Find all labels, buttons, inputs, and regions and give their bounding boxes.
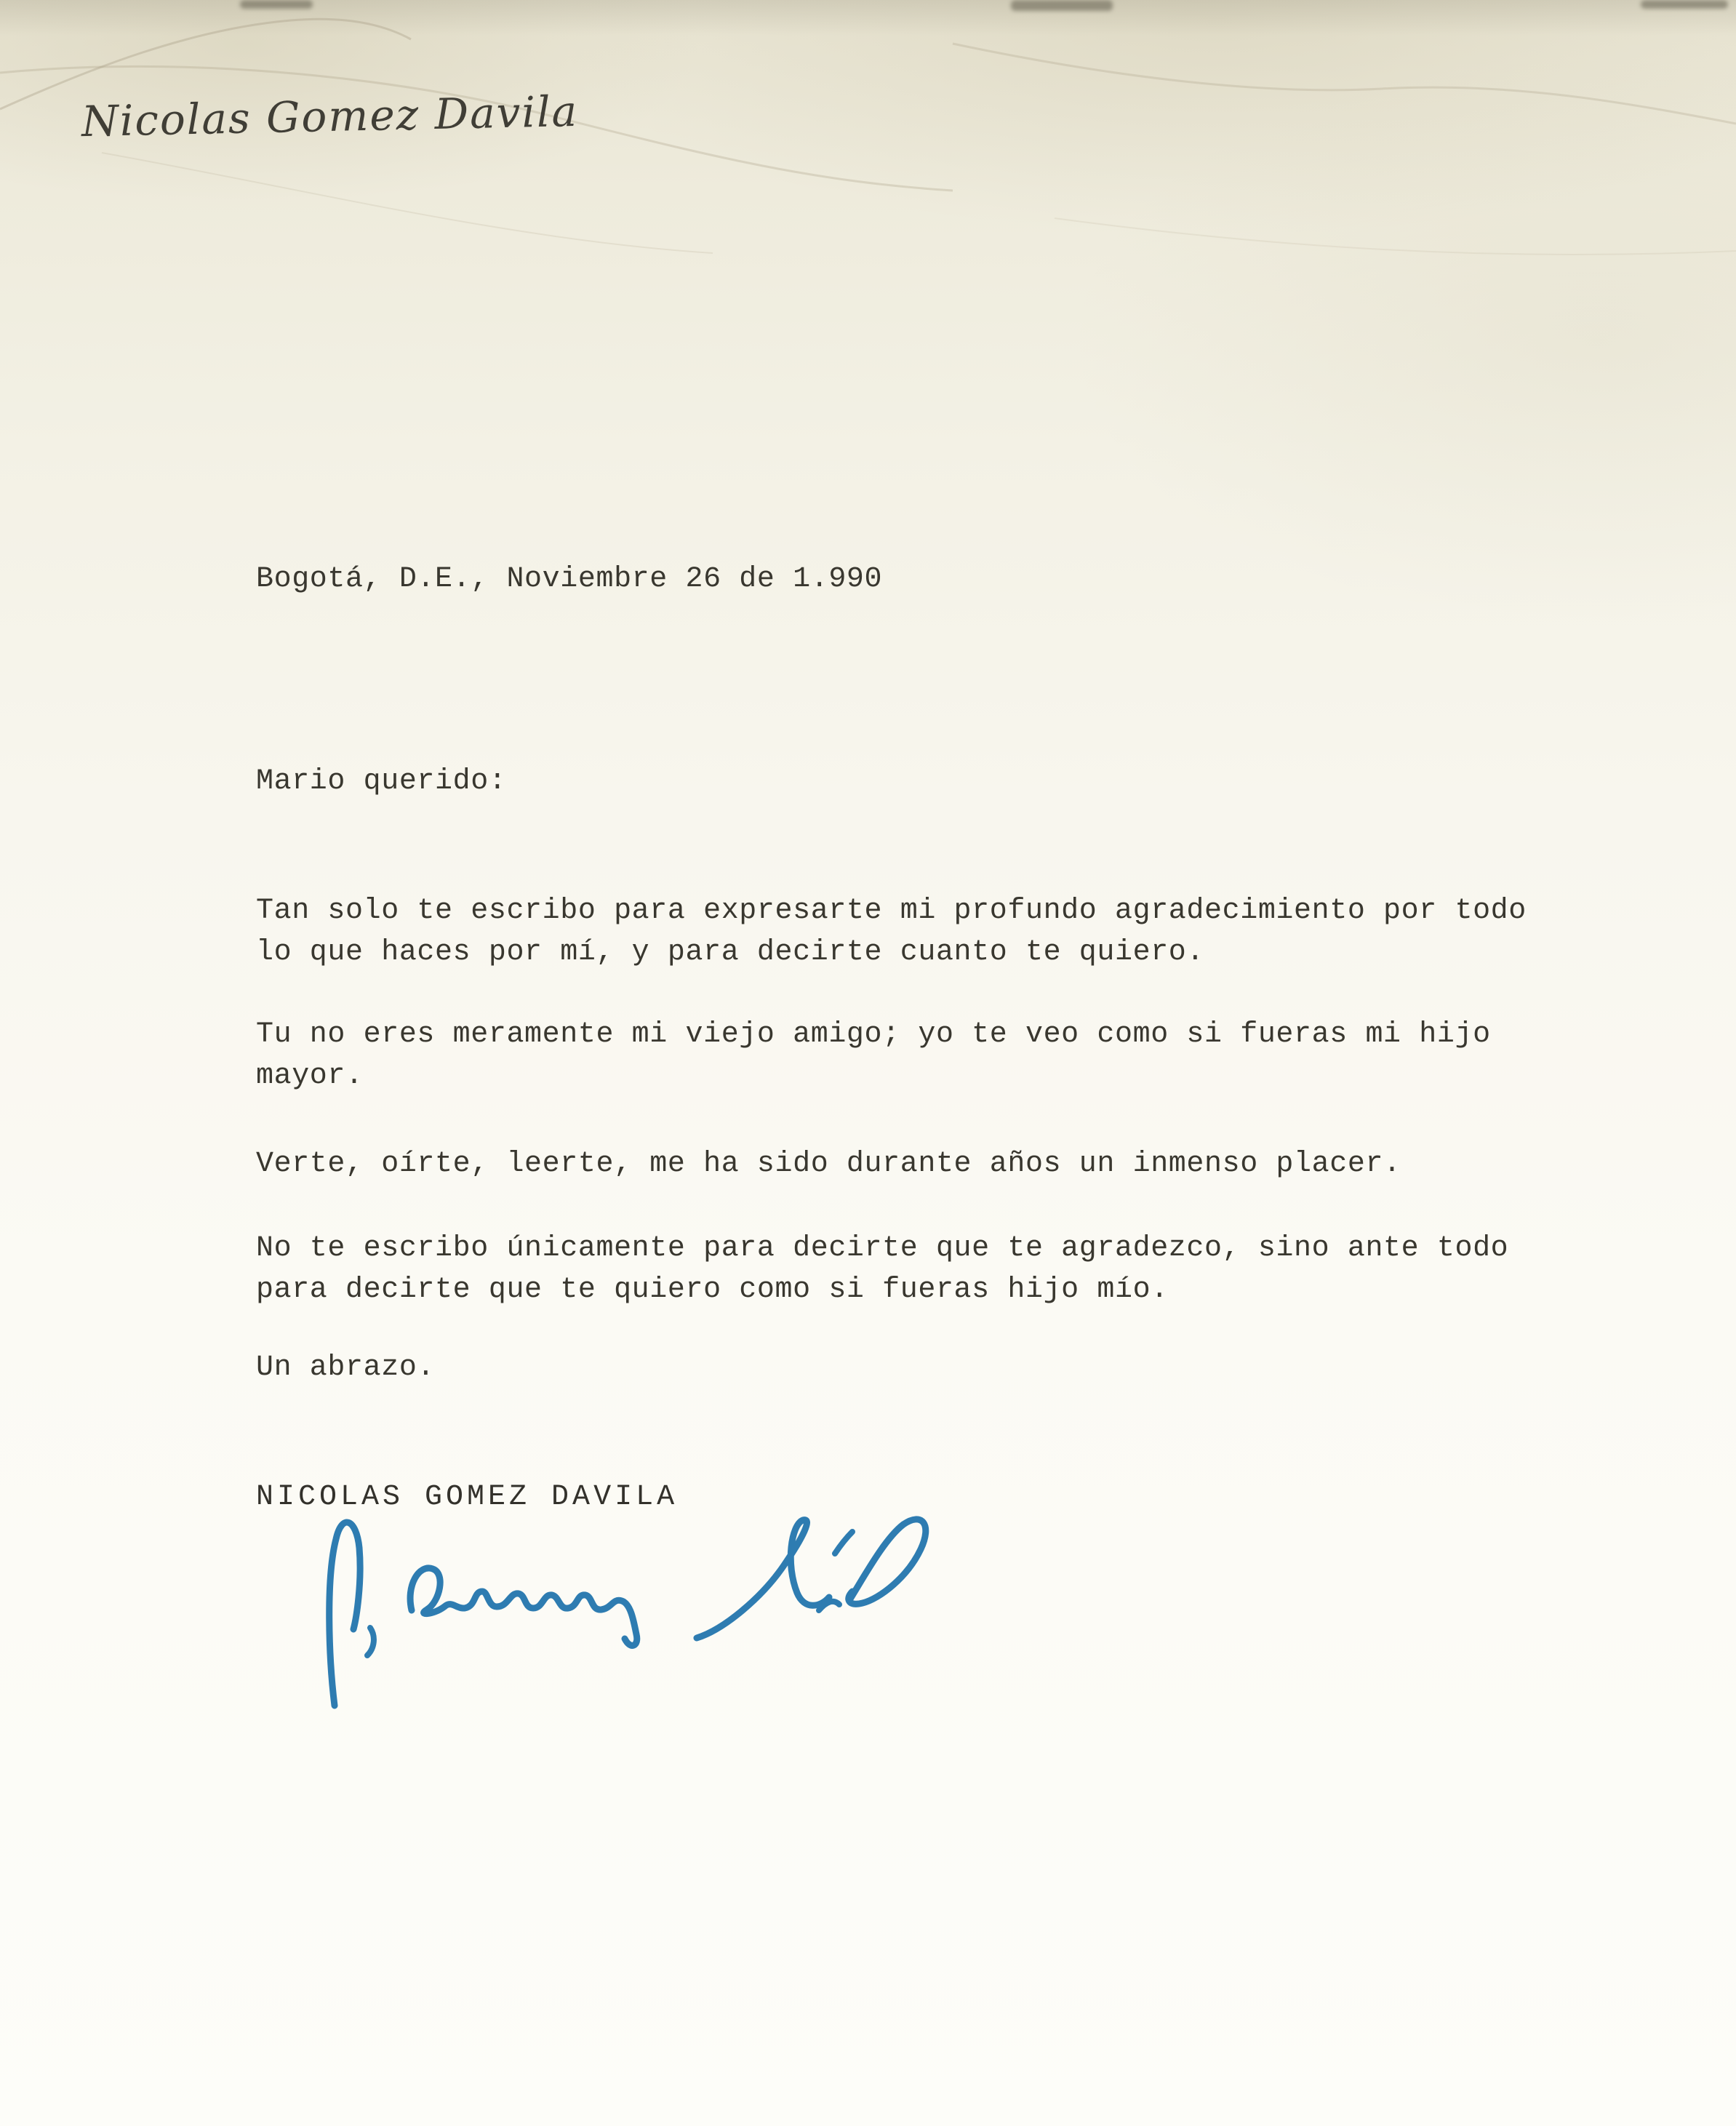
handwritten-signature (0, 0, 1736, 2126)
letter-page: Nicolas Gomez Davila Bogotá, D.E., Novie… (0, 0, 1736, 2126)
